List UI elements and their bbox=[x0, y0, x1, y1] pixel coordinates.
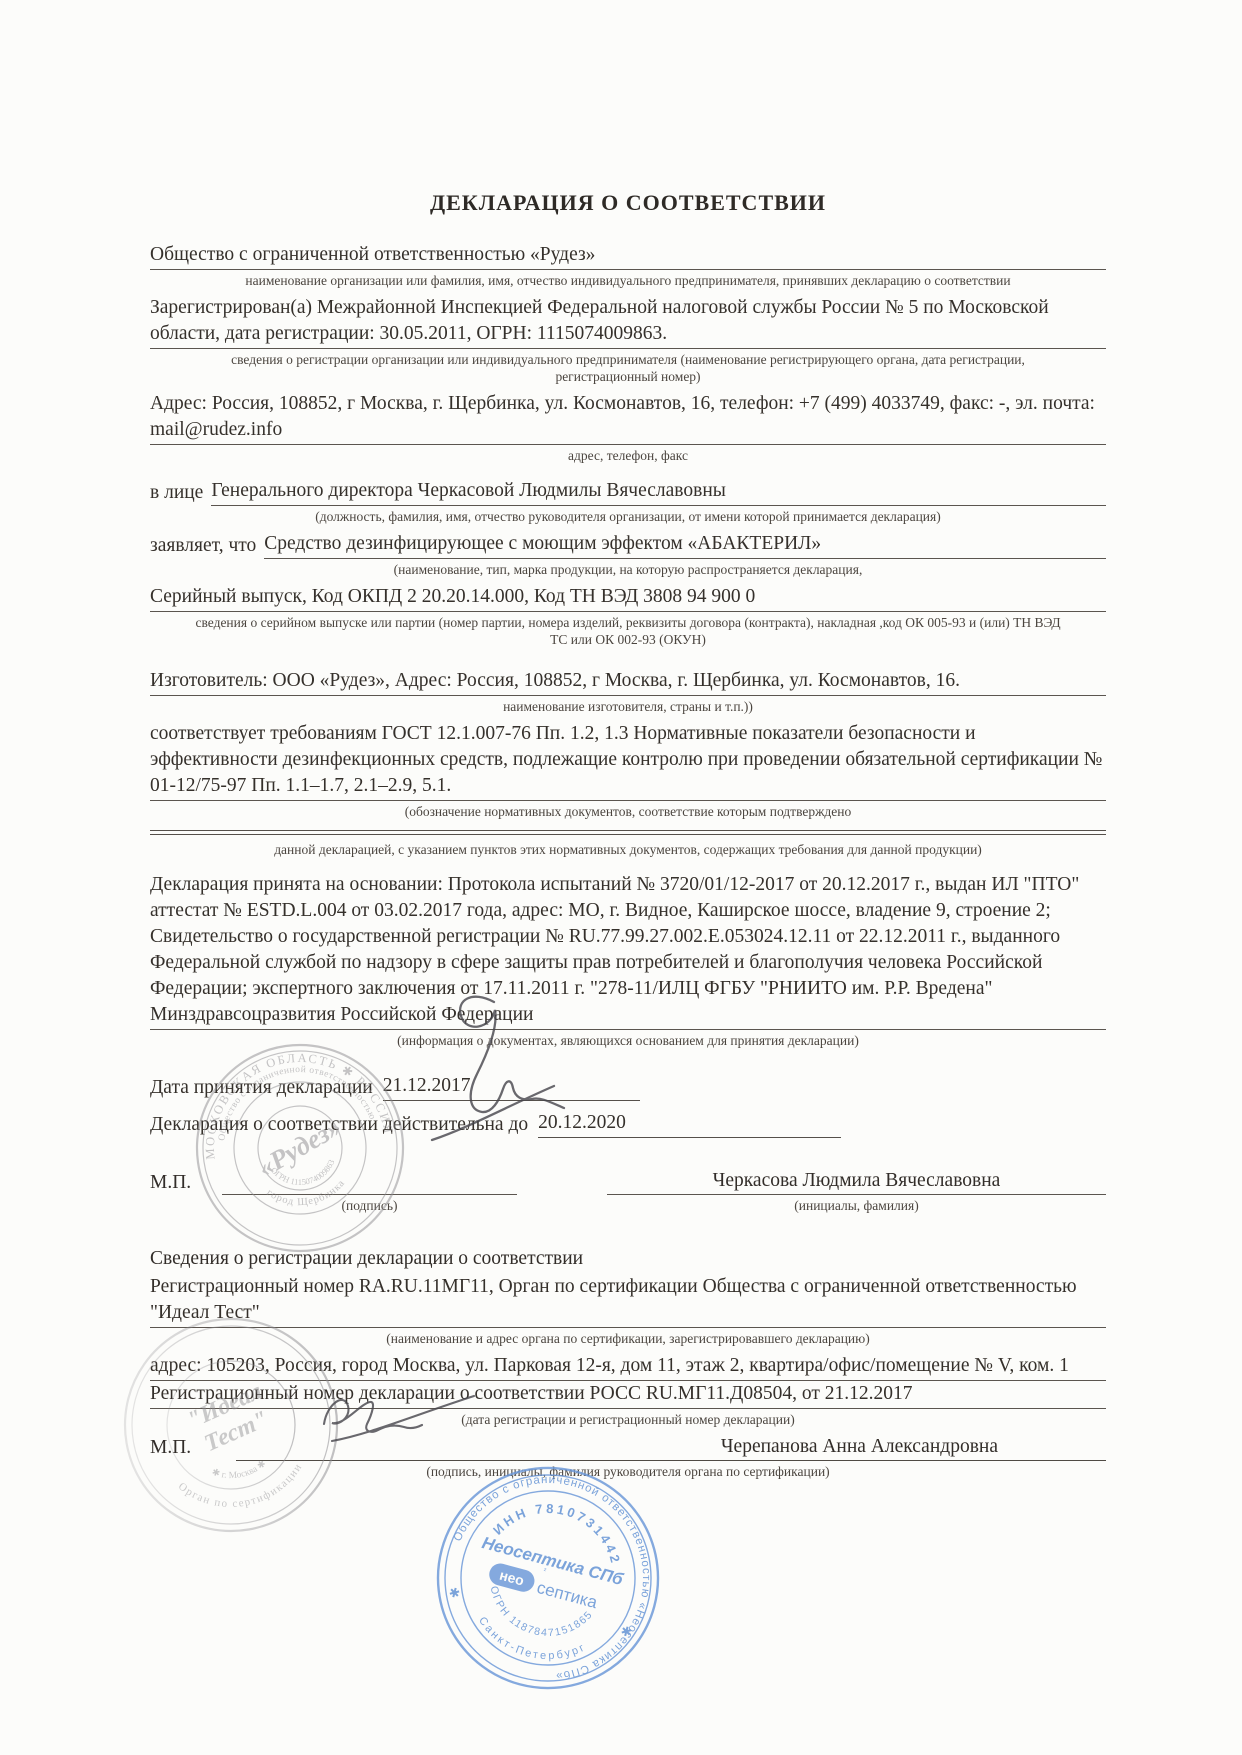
neoseptika-blue-stamp: Общество с ограниченной ответственностью… bbox=[426, 1456, 670, 1700]
address-text: Адрес: Россия, 108852, г Москва, г. Щерб… bbox=[150, 391, 1106, 445]
signature-line-block: (подпись) bbox=[222, 1152, 517, 1220]
registry-number-text: Регистрационный номер декларации о соотв… bbox=[150, 1381, 1106, 1409]
represented-by-section: в лице Генерального директора Черкасовой… bbox=[150, 478, 1106, 525]
registry-number-section: Регистрационный номер декларации о соотв… bbox=[150, 1381, 1106, 1428]
registry-heading: Сведения о регистрации декларации о соот… bbox=[150, 1246, 1106, 1272]
svg-text:Общество с ограниченной ответс: Общество с ограниченной ответственностью… bbox=[426, 1456, 670, 1700]
basis-text: Декларация принята на основании: Протоко… bbox=[150, 872, 1106, 1030]
neoseptika-stamp-city-text: Санкт-Петербург bbox=[470, 1613, 591, 1674]
seal-mark-2: М.П. bbox=[150, 1437, 236, 1461]
head-signer-name: Черепанова Анна Александровна bbox=[236, 1434, 1106, 1461]
signer-name: Черкасова Людмила Вячеславовна bbox=[607, 1152, 1106, 1195]
state-registration-section: Зарегистрирован(а) Межрайонной Инспекцие… bbox=[150, 295, 1106, 385]
neoseptika-logo-left-text: нео bbox=[498, 1567, 526, 1589]
svg-text:✱: ✱ bbox=[447, 1584, 462, 1601]
conformity-text: соответствует требованиям ГОСТ 12.1.007-… bbox=[150, 721, 1106, 801]
represented-by-value: Генерального директора Черкасовой Людмил… bbox=[211, 478, 1106, 506]
second-signature-caption: (подпись, инициалы, фамилия руководителя… bbox=[188, 1463, 1068, 1480]
production-type-section: Серийный выпуск, Код ОКПД 2 20.20.14.000… bbox=[150, 584, 1106, 648]
declarant-section: Общество с ограниченной ответственностью… bbox=[150, 242, 1106, 289]
represented-by-caption: (должность, фамилия, имя, отчество руков… bbox=[188, 508, 1068, 525]
page-title: ДЕКЛАРАЦИЯ О СООТВЕТСТВИИ bbox=[150, 190, 1106, 216]
valid-until-value: 20.12.2020 bbox=[538, 1110, 841, 1138]
conformity-caption-top: (обозначение нормативных документов, соо… bbox=[188, 803, 1068, 820]
svg-text:ИНН 7810731442: ИНН 7810731442 bbox=[488, 1486, 635, 1571]
basis-caption: (информация о документах, являющихся осн… bbox=[188, 1032, 1068, 1049]
second-signature-row: М.П. Черепанова Анна Александровна (подп… bbox=[150, 1434, 1106, 1480]
signature-caption: (подпись) bbox=[222, 1197, 517, 1214]
manufacturer-caption: наименование изготовителя, страны и т.п.… bbox=[188, 698, 1068, 715]
valid-until-line: Декларация о соответствии действительна … bbox=[150, 1110, 1106, 1138]
registry-address-text: адрес: 105203, Россия, город Москва, ул.… bbox=[150, 1353, 1106, 1381]
declarant-caption: наименование организации или фамилия, им… bbox=[188, 272, 1068, 289]
signer-name-block: Черкасова Людмила Вячеславовна (инициалы… bbox=[607, 1152, 1106, 1220]
svg-text:Санкт-Петербург: Санкт-Петербург bbox=[470, 1613, 591, 1674]
product-name: Средство дезинфицирующее с моющим эффект… bbox=[264, 531, 1106, 559]
neoseptika-logo-right-text: септика bbox=[535, 1578, 600, 1612]
neoseptika-stamp-ogrn-text: ОГРН 1187847151865 bbox=[478, 1582, 597, 1651]
document-content: ДЕКЛАРАЦИЯ О СООТВЕТСТВИИ Общество с огр… bbox=[150, 190, 1106, 1486]
svg-text:²: ² bbox=[543, 1568, 548, 1576]
seal-mark-1: М.П. bbox=[150, 1152, 222, 1220]
neoseptika-logo-pill bbox=[487, 1561, 537, 1594]
registry-address-section: адрес: 105203, Россия, город Москва, ул.… bbox=[150, 1353, 1106, 1381]
first-signature-row: М.П. (подпись) Черкасова Людмила Вячесла… bbox=[150, 1152, 1106, 1220]
address-caption: адрес, телефон, факс bbox=[188, 447, 1068, 464]
spacer bbox=[150, 654, 1106, 668]
signer-name-caption: (инициалы, фамилия) bbox=[607, 1197, 1106, 1214]
conformity-caption-bottom: данной декларацией, с указанием пунктов … bbox=[188, 841, 1068, 858]
registry-number-caption: (дата регистрации и регистрационный номе… bbox=[188, 1411, 1068, 1428]
declares-prefix: заявляет, что bbox=[150, 533, 264, 559]
svg-text:✱: ✱ bbox=[619, 1623, 634, 1640]
svg-text:ОГРН 1187847151865: ОГРН 1187847151865 bbox=[478, 1582, 597, 1651]
basis-section: Декларация принята на основании: Протоко… bbox=[150, 872, 1106, 1049]
declaration-document-page: ДЕКЛАРАЦИЯ О СООТВЕТСТВИИ Общество с огр… bbox=[0, 0, 1242, 1755]
state-registration-caption: сведения о регистрации организации или и… bbox=[188, 351, 1068, 385]
spacer bbox=[150, 1055, 1106, 1073]
production-type-text: Серийный выпуск, Код ОКПД 2 20.20.14.000… bbox=[150, 584, 1106, 612]
signature-line bbox=[222, 1152, 517, 1195]
production-type-caption: сведения о серийном выпуске или партии (… bbox=[188, 614, 1068, 648]
neoseptika-stamp-company-text: Общество с ограниченной ответственностью… bbox=[426, 1456, 670, 1700]
neoseptika-stamp-inn-text: ИНН 7810731442 bbox=[488, 1486, 635, 1571]
spacer bbox=[150, 470, 1106, 478]
valid-until-label: Декларация о соответствии действительна … bbox=[150, 1112, 538, 1138]
declares-section: заявляет, что Средство дезинфицирующее с… bbox=[150, 531, 1106, 578]
adoption-date-line: Дата принятия декларации 21.12.2017 bbox=[150, 1073, 1106, 1101]
declarant-name: Общество с ограниченной ответственностью… bbox=[150, 242, 1106, 270]
address-section: Адрес: Россия, 108852, г Москва, г. Щерб… bbox=[150, 391, 1106, 464]
manufacturer-section: Изготовитель: ООО «Рудез», Адрес: Россия… bbox=[150, 668, 1106, 715]
registry-body-text: Регистрационный номер RA.RU.11МГ11, Орга… bbox=[150, 1274, 1106, 1328]
declares-caption: (наименование, тип, марка продукции, на … bbox=[188, 561, 1068, 578]
adoption-date-value: 21.12.2017 bbox=[383, 1073, 641, 1101]
double-rule bbox=[150, 830, 1106, 835]
adoption-date-label: Дата принятия декларации bbox=[150, 1075, 383, 1101]
represented-by-prefix: в лице bbox=[150, 480, 211, 506]
spacer bbox=[150, 864, 1106, 872]
conformity-section: соответствует требованиям ГОСТ 12.1.007-… bbox=[150, 721, 1106, 858]
registry-body-caption: (наименование и адрес органа по сертифик… bbox=[188, 1330, 1068, 1347]
state-registration-text: Зарегистрирован(а) Межрайонной Инспекцие… bbox=[150, 295, 1106, 349]
manufacturer-text: Изготовитель: ООО «Рудез», Адрес: Россия… bbox=[150, 668, 1106, 696]
neoseptika-stamp-title-text: Неосептика СПб bbox=[480, 1533, 626, 1589]
registry-body-section: Регистрационный номер RA.RU.11МГ11, Орга… bbox=[150, 1274, 1106, 1347]
